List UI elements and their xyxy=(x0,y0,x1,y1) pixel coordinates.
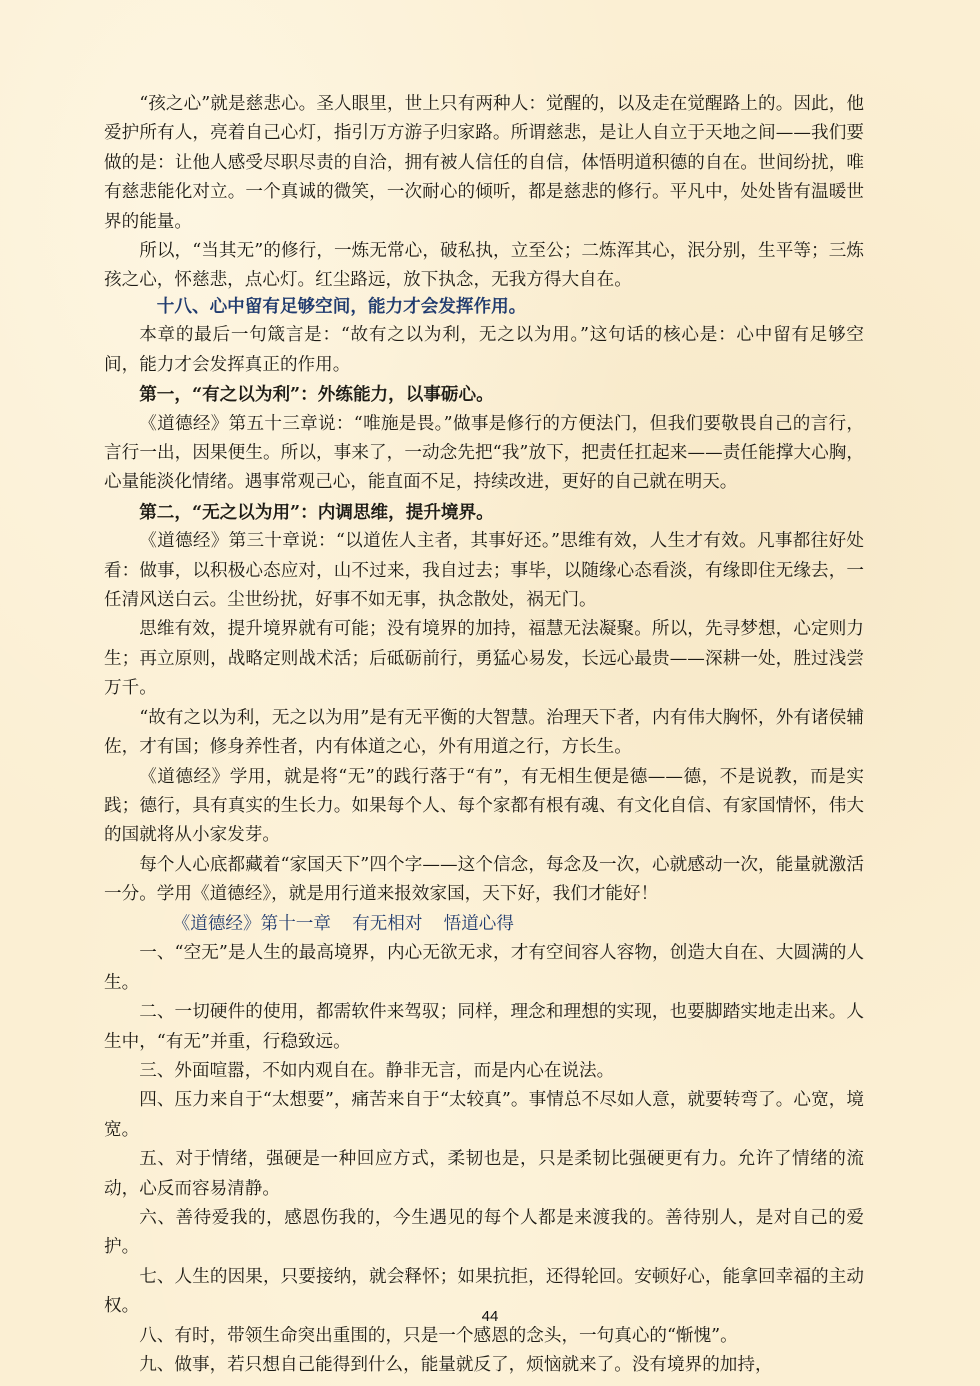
section-heading: 十八、心中留有足够空间，能力才会发挥作用。 xyxy=(104,292,864,321)
chapter-heading-topic: 有无相对 xyxy=(352,914,422,934)
chapter-heading-book: 《道德经》第十一章 xyxy=(173,914,331,934)
chapter-heading-suffix: 悟道心得 xyxy=(444,914,514,934)
list-item: 三、外面喧嚣，不如内观自在。静非无言，而是内心在说法。 xyxy=(104,1057,864,1086)
paragraph: 所以，“当其无”的修行，一炼无常心，破私执，立至公；二炼浑其心，泯分别，生平等；… xyxy=(104,237,864,296)
paragraph: “故有之以为利，无之以为用”是有无平衡的大智慧。治理天下者，内有伟大胸怀，外有诸… xyxy=(104,704,864,763)
paragraph: 每个人心底都藏着“家国天下”四个字——这个信念，每念及一次，心就感动一次，能量就… xyxy=(104,851,864,910)
section-18: 十八、心中留有足够空间，能力才会发挥作用。 本章的最后一句箴言是：“故有之以为利… xyxy=(104,292,864,910)
paragraph: 本章的最后一句箴言是：“故有之以为利，无之以为用。”这句话的核心是：心中留有足够… xyxy=(104,321,864,380)
paragraph: 《道德经》学用，就是将“无”的践行落于“有”，有无相生便是德——德，不是说教，而… xyxy=(104,763,864,851)
section-intro: “孩之心”就是慈悲心。圣人眼里，世上只有两种人：觉醒的，以及走在觉醒路上的。因此… xyxy=(104,90,864,296)
paragraph: “孩之心”就是慈悲心。圣人眼里，世上只有两种人：觉醒的，以及走在觉醒路上的。因此… xyxy=(104,90,864,237)
subheading-point-2: 第二，“无之以为用”：内调思维，提升境界。 xyxy=(104,498,864,527)
list-item: 六、善待爱我的，感恩伤我的，今生遇见的每个人都是来渡我的。善待别人，是对自己的爱… xyxy=(104,1204,864,1263)
paragraph: 思维有效，提升境界就有可能；没有境界的加持，福慧无法凝聚。所以，先寻梦想，心定则… xyxy=(104,615,864,703)
list-item: 五、对于情绪，强硬是一种回应方式，柔韧也是，只是柔韧比强硬更有力。允许了情绪的流… xyxy=(104,1145,864,1204)
subheading-point-1: 第一，“有之以为利”：外练能力，以事砺心。 xyxy=(104,380,864,409)
chapter-heading: 《道德经》第十一章有无相对悟道心得 xyxy=(104,910,864,939)
list-item: 九、做事，若只想自己能得到什么，能量就反了，烦恼就来了。没有境界的加持， xyxy=(104,1351,864,1380)
list-item: 一、“空无”是人生的最高境界，内心无欲无求，才有空间容人容物，创造大自在、大圆满… xyxy=(104,939,864,998)
paragraph: 《道德经》第五十三章说：“唯施是畏。”做事是修行的方便法门，但我们要敬畏自己的言… xyxy=(104,410,864,498)
list-item: 八、有时，带领生命突出重围的，只是一个感恩的念头，一句真心的“惭愧”。 xyxy=(104,1322,864,1351)
list-item: 四、压力来自于“太想要”，痛苦来自于“太较真”。事情总不尽如人意，就要转弯了。心… xyxy=(104,1086,864,1145)
list-item: 二、一切硬件的使用，都需软件来驾驭；同样，理念和理想的实现，也要脚踏实地走出来。… xyxy=(104,998,864,1057)
paragraph: 《道德经》第三十章说：“以道佐人主者，其事好还。”思维有效，人生才有效。凡事都往… xyxy=(104,527,864,615)
document-page: “孩之心”就是慈悲心。圣人眼里，世上只有两种人：觉醒的，以及走在觉醒路上的。因此… xyxy=(0,0,980,1386)
page-number: 44 xyxy=(0,1308,980,1325)
